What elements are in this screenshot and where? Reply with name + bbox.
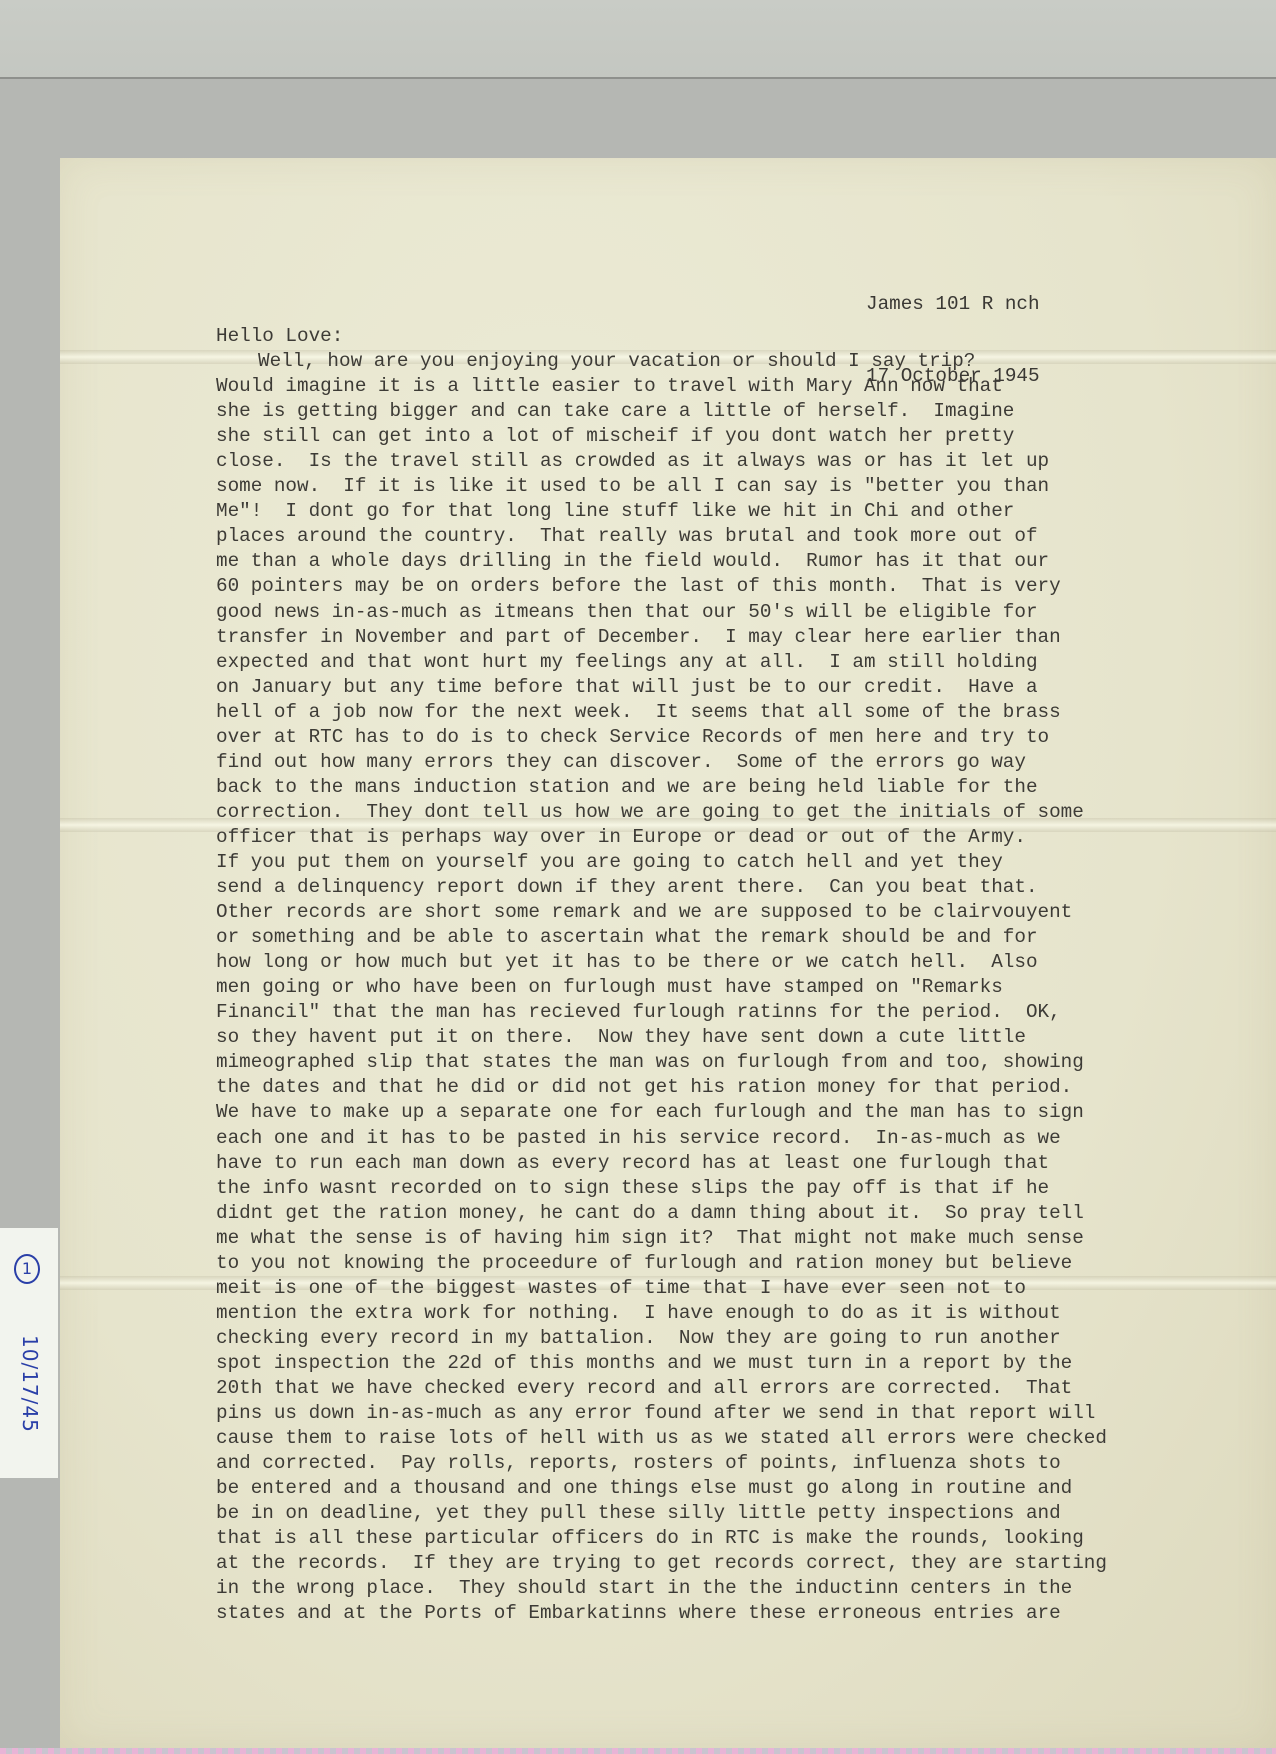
body-line: expected and that wont hurt my feelings … [216, 650, 1107, 675]
body-line: Me"! I dont go for that long line stuff … [216, 499, 1107, 524]
body-line: correction. They dont tell us how we are… [216, 800, 1107, 825]
body-line: spot inspection the 22d of this months a… [216, 1351, 1107, 1376]
body-line: We have to make up a separate one for ea… [216, 1100, 1107, 1125]
body-line: to you not knowing the proceedure of fur… [216, 1251, 1107, 1276]
body-line: find out how many errors they can discov… [216, 750, 1107, 775]
body-line: places around the country. That really w… [216, 524, 1107, 549]
body-line: close. Is the travel still as crowded as… [216, 449, 1107, 474]
body-line: be in on deadline, yet they pull these s… [216, 1501, 1107, 1526]
body-line: mention the extra work for nothing. I ha… [216, 1301, 1107, 1326]
body-line: over at RTC has to do is to check Servic… [216, 725, 1107, 750]
body-line: that is all these particular officers do… [216, 1526, 1107, 1551]
body-line: Would imagine it is a little easier to t… [216, 374, 1107, 399]
handwritten-page-number: 1 [14, 1254, 40, 1284]
handwritten-date-note: 10/17/45 [18, 1335, 42, 1395]
body-line: me than a whole days drilling in the fie… [216, 549, 1107, 574]
body-line: pins us down in-as-much as any error fou… [216, 1401, 1107, 1426]
body-line: officer that is perhaps way over in Euro… [216, 825, 1107, 850]
body-line: 60 pointers may be on orders before the … [216, 574, 1107, 599]
body-line: hell of a job now for the next week. It … [216, 700, 1107, 725]
letter-body: Hello Love: Well, how are you enjoying y… [216, 324, 1107, 1626]
sender-line: James 101 R nch [866, 292, 1040, 316]
body-line: she still can get into a lot of mischeif… [216, 424, 1107, 449]
body-line: 20th that we have checked every record a… [216, 1376, 1107, 1401]
body-line: transfer in November and part of Decembe… [216, 625, 1107, 650]
body-line: cause them to raise lots of hell with us… [216, 1426, 1107, 1451]
body-line: at the records. If they are trying to ge… [216, 1551, 1107, 1576]
body-line: the dates and that he did or did not get… [216, 1075, 1107, 1100]
body-line: and corrected. Pay rolls, reports, roste… [216, 1451, 1107, 1476]
body-line: or something and be able to ascertain wh… [216, 925, 1107, 950]
body-line: Well, how are you enjoying your vacation… [216, 349, 1107, 374]
body-line: each one and it has to be pasted in his … [216, 1126, 1107, 1151]
body-line: checking every record in my battalion. N… [216, 1326, 1107, 1351]
body-line: meit is one of the biggest wastes of tim… [216, 1276, 1107, 1301]
body-line: Other records are short some remark and … [216, 900, 1107, 925]
body-line: some now. If it is like it used to be al… [216, 474, 1107, 499]
body-line: Financil" that the man has recieved furl… [216, 1000, 1107, 1025]
body-line: have to run each man down as every recor… [216, 1151, 1107, 1176]
body-line: back to the mans induction station and w… [216, 775, 1107, 800]
body-line: be entered and a thousand and one things… [216, 1476, 1107, 1501]
body-line: how long or how much but yet it has to b… [216, 950, 1107, 975]
body-line: men going or who have been on furlough m… [216, 975, 1107, 1000]
body-line: me what the sense is of having him sign … [216, 1226, 1107, 1251]
salutation: Hello Love: [216, 324, 1107, 349]
body-line: so they havent put it on there. Now they… [216, 1025, 1107, 1050]
body-line: states and at the Ports of Embarkatinns … [216, 1601, 1107, 1626]
body-line: the info wasnt recorded on to sign these… [216, 1176, 1107, 1201]
body-line: didnt get the ration money, he cant do a… [216, 1201, 1107, 1226]
body-line: in the wrong place. They should start in… [216, 1576, 1107, 1601]
scanner-edge-strip [0, 1748, 1276, 1754]
body-line: If you put them on yourself you are goin… [216, 850, 1107, 875]
body-line: on January but any time before that will… [216, 675, 1107, 700]
body-line: good news in-as-much as itmeans then tha… [216, 600, 1107, 625]
body-line: she is getting bigger and can take care … [216, 399, 1107, 424]
body-line: send a delinquency report down if they a… [216, 875, 1107, 900]
body-line: mimeographed slip that states the man wa… [216, 1050, 1107, 1075]
scanner-lid-area [0, 0, 1276, 79]
